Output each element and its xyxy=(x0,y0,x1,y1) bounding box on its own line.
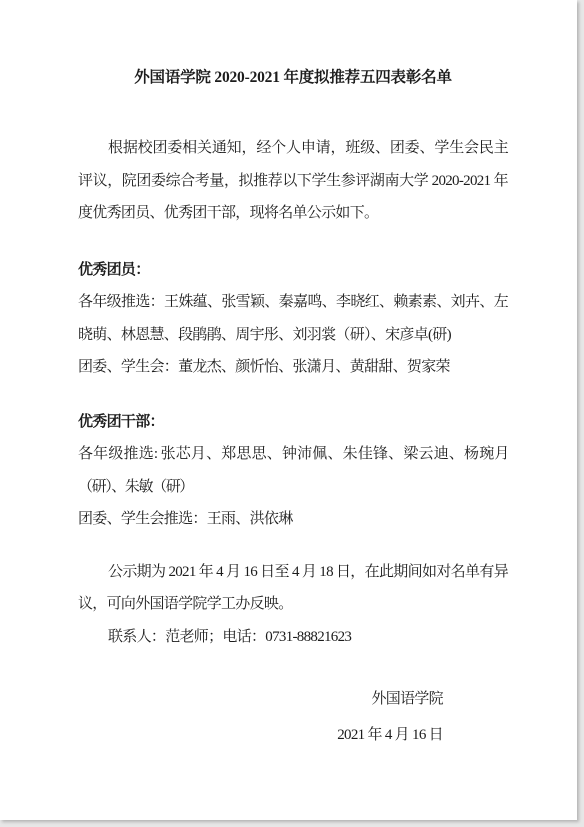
members-section-heading: 优秀团员： xyxy=(78,254,508,287)
document-page: 外国语学院 2020-2021 年度拟推荐五四表彰名单 根据校团委相关通知，经个… xyxy=(0,0,577,820)
page-title: 外国语学院 2020-2021 年度拟推荐五四表彰名单 xyxy=(78,0,508,90)
document-viewport: 外国语学院 2020-2021 年度拟推荐五四表彰名单 根据校团委相关通知，经个… xyxy=(0,0,584,827)
document-content: 外国语学院 2020-2021 年度拟推荐五四表彰名单 根据校团委相关通知，经个… xyxy=(0,0,577,753)
members-committee-line: 团委、学生会：董龙杰、颜忻怡、张潇月、黄甜甜、贺家荣 xyxy=(78,351,508,384)
contact-line: 联系人：范老师；电话：0731-88821623 xyxy=(78,621,508,654)
signature-org: 外国语学院 xyxy=(78,681,508,717)
cadres-grade-line: 各年级推选: 张芯月、郑思思、钟沛佩、朱佳锋、梁云迪、杨琬月（研）、朱敏（研） xyxy=(78,438,508,503)
cadres-section-heading: 优秀团干部： xyxy=(78,406,508,439)
intro-paragraph: 根据校团委相关通知，经个人申请，班级、团委、学生会民主评议，院团委综合考量，拟推… xyxy=(78,132,508,230)
members-grade-line: 各年级推选：王姝蕴、张雪颖、秦嘉鸣、李晓红、赖素素、刘卉、左晓萌、林恩慧、段鹃鹃… xyxy=(78,286,508,351)
cadres-committee-line: 团委、学生会推选：王雨、洪依琳 xyxy=(78,503,508,536)
signature-date: 2021 年 4 月 16 日 xyxy=(78,717,508,753)
notice-paragraph: 公示期为 2021 年 4 月 16 日至 4 月 18 日，在此期间如对名单有… xyxy=(78,556,508,621)
